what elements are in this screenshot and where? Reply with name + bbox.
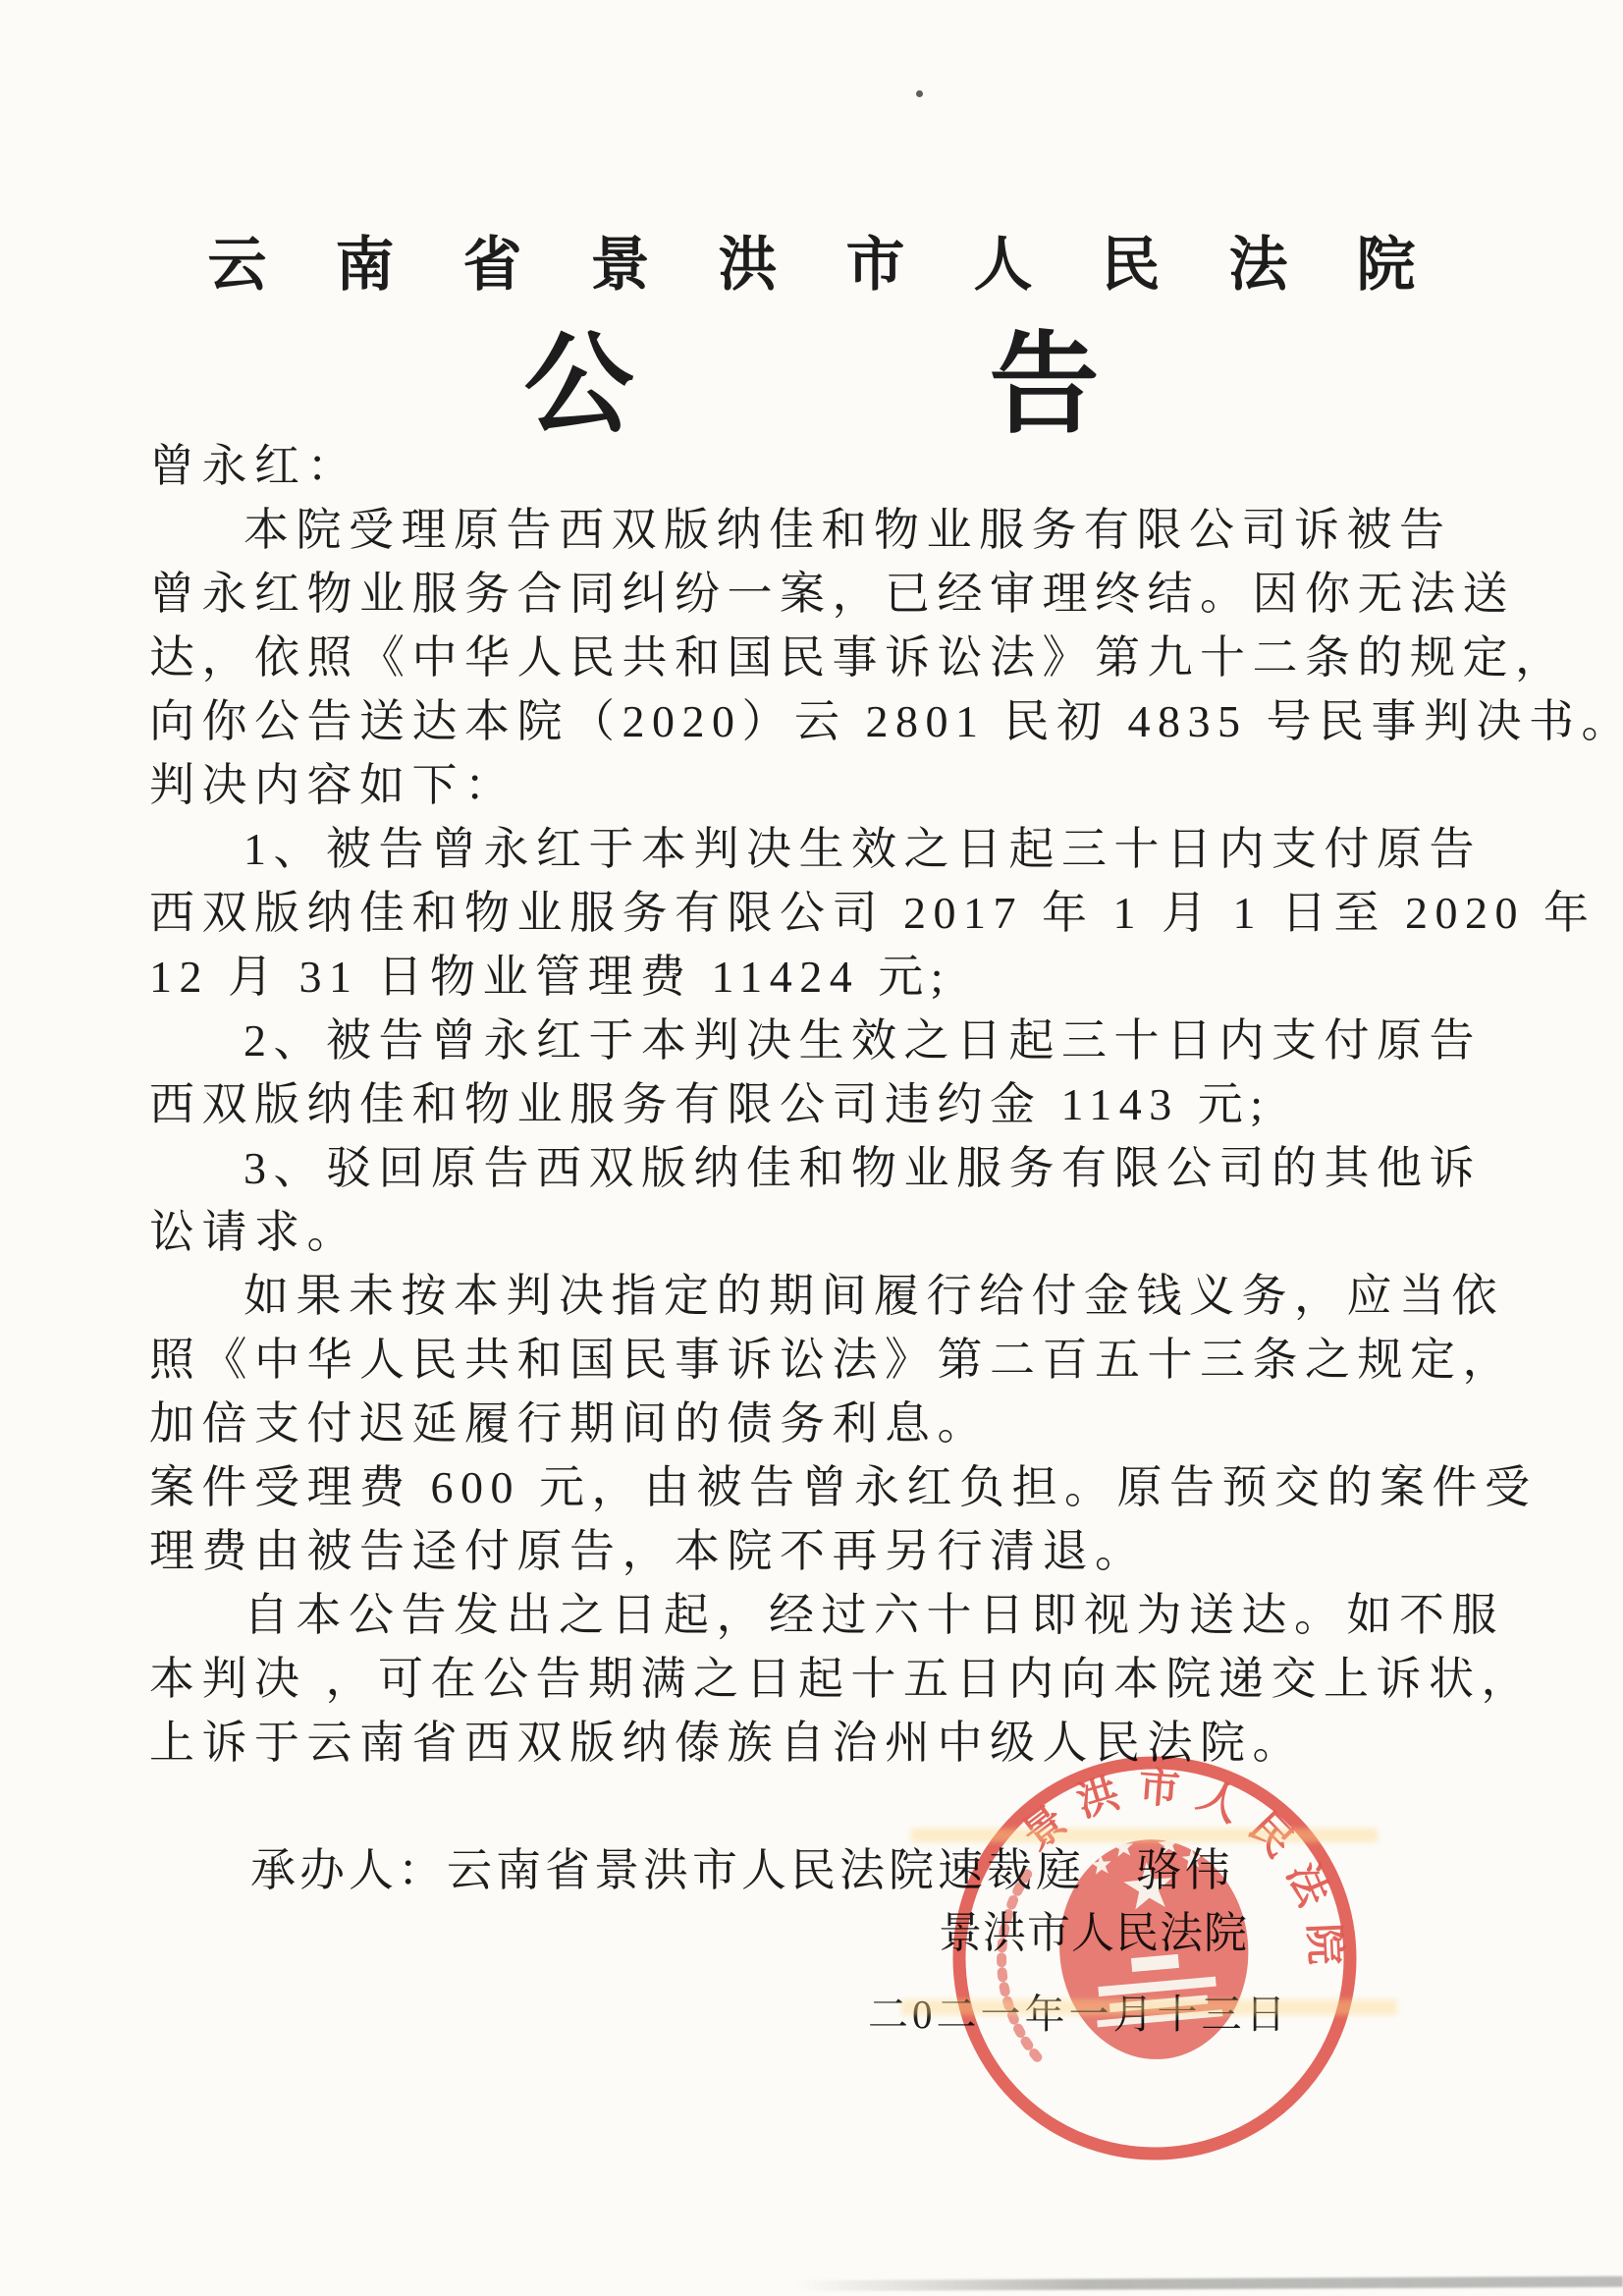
court-title: 云南省景洪市人民法院	[0, 218, 1623, 302]
scan-artifact-dot	[916, 90, 923, 97]
page-title: 公 告	[0, 297, 1623, 455]
document-line: 向你公告送达本院（2020）云 2801 民初 4835 号民事判决书。	[149, 689, 1509, 753]
document-line: 讼请求。	[149, 1200, 1509, 1264]
document-line: 照《中华人民共和国民事诉讼法》第二百五十三条之规定，	[149, 1328, 1509, 1392]
document-line: 达，依照《中华人民共和国民事诉讼法》第九十二条的规定，	[149, 626, 1509, 689]
document-line: 12 月 31 日物业管理费 11424 元;	[149, 945, 1509, 1009]
document-line: 自本公告发出之日起，经过六十日即视为送达。如不服	[149, 1583, 1509, 1647]
document-body: 曾永红： 本院受理原告西双版纳佳和物业服务有限公司诉被告曾永红物业服务合同纠纷一…	[149, 434, 1509, 1775]
document-line: 加倍支付迟延履行期间的债务利息。	[149, 1392, 1509, 1455]
national-emblem-icon	[1050, 1827, 1257, 2067]
document-line: 本院受理原告西双版纳佳和物业服务有限公司诉被告	[149, 498, 1509, 562]
document-line: 理费由被告迳付原告，本院不再另行清退。	[149, 1519, 1509, 1583]
scanned-court-notice-page: 云南省景洪市人民法院 公 告 曾永红： 本院受理原告西双版纳佳和物业服务有限公司…	[0, 0, 1623, 2296]
document-line: 曾永红物业服务合同纠纷一案，已经审理终结。因你无法送	[149, 562, 1509, 626]
court-seal-icon: 景洪市人民法院	[927, 1730, 1382, 2186]
document-line: 西双版纳佳和物业服务有限公司 2017 年 1 月 1 日至 2020 年	[149, 881, 1509, 945]
document-line: 2、被告曾永红于本判决生效之日起三十日内支付原告	[149, 1009, 1509, 1072]
document-line: 1、被告曾永红于本判决生效之日起三十日内支付原告	[149, 817, 1509, 881]
recipient-line: 曾永红：	[149, 434, 1509, 498]
document-line: 西双版纳佳和物业服务有限公司违约金 1143 元;	[149, 1072, 1509, 1136]
document-line: 如果未按本判决指定的期间履行给付金钱义务，应当依	[149, 1264, 1509, 1328]
scan-edge-shadow	[795, 2276, 1623, 2291]
document-line: 本判决 ，可在公告期满之日起十五日内向本院递交上诉状，	[149, 1647, 1509, 1711]
official-seal: 景洪市人民法院	[927, 1730, 1382, 2186]
document-line: 案件受理费 600 元，由被告曾永红负担。原告预交的案件受	[149, 1455, 1509, 1519]
document-line: 3、驳回原告西双版纳佳和物业服务有限公司的其他诉	[149, 1136, 1509, 1200]
seal-dai-script-arc	[994, 1871, 1046, 2060]
document-line: 判决内容如下：	[149, 753, 1509, 817]
